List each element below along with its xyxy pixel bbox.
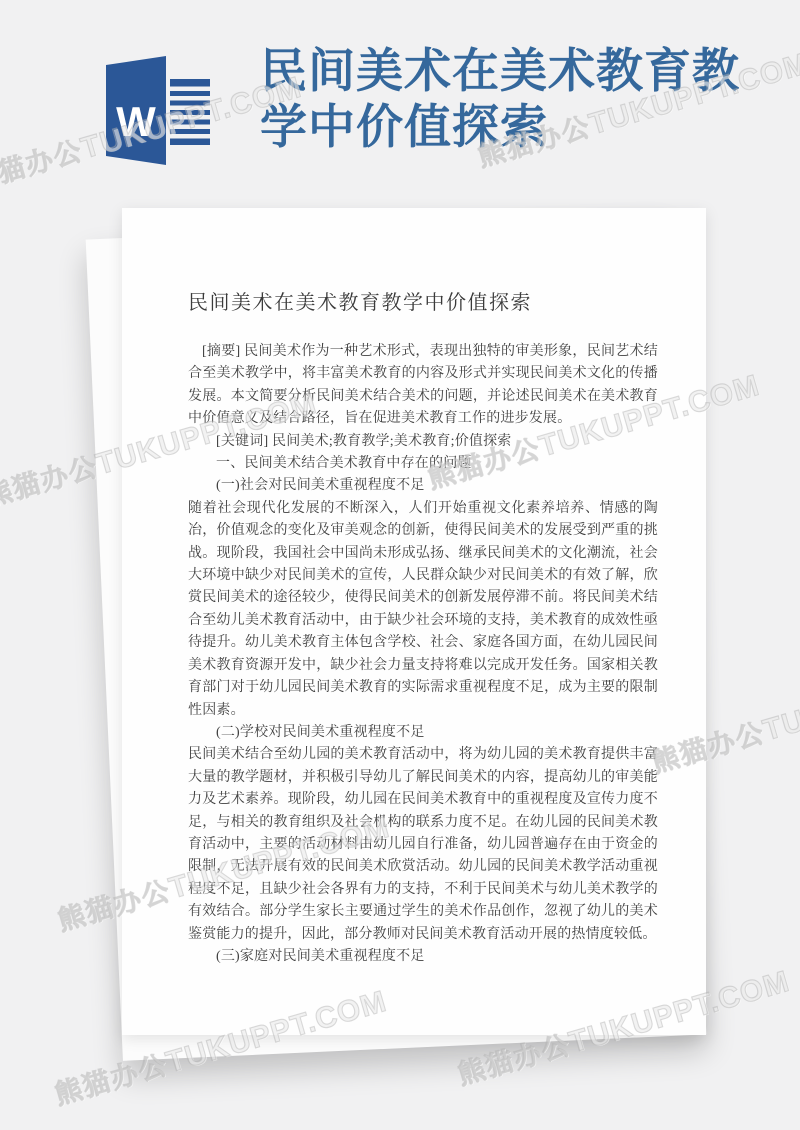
- doc-paragraph-1: 随着社会现代化发展的不断深入，人们开始重视文化素养培养、情感的陶冶，价值观念的变…: [188, 498, 658, 722]
- document-title-link[interactable]: 民间美术在美术教育教学中价值探索: [260, 44, 765, 157]
- doc-subheading-3: (三)家庭对民间美术重视程度不足: [188, 946, 658, 968]
- doc-abstract: [摘要] 民间美术作为一种艺术形式，表现出独特的审美形象，民间艺术结合至美术教学…: [188, 341, 658, 431]
- word-document-icon: W: [90, 55, 220, 173]
- doc-keywords: [关键词] 民间美术;教育教学;美术教育;价值探索: [188, 431, 658, 453]
- doc-paragraph-2: 民间美术结合至幼儿园的美术教育活动中，将为幼儿园的美术教育提供丰富大量的教学题材…: [188, 744, 658, 946]
- word-icon-letter: W: [116, 98, 156, 145]
- doc-subheading-2: (二)学校对民间美术重视程度不足: [188, 722, 658, 744]
- doc-subheading-1: (一)社会对民间美术重视程度不足: [188, 475, 658, 497]
- doc-title: 民间美术在美术教育教学中价值探索: [188, 286, 658, 315]
- doc-heading-1: 一、民间美术结合美术教育中存在的问题: [188, 453, 658, 475]
- paper-sheet-main: 民间美术在美术教育教学中价值探索 [摘要] 民间美术作为一种艺术形式，表现出独特…: [122, 208, 706, 1035]
